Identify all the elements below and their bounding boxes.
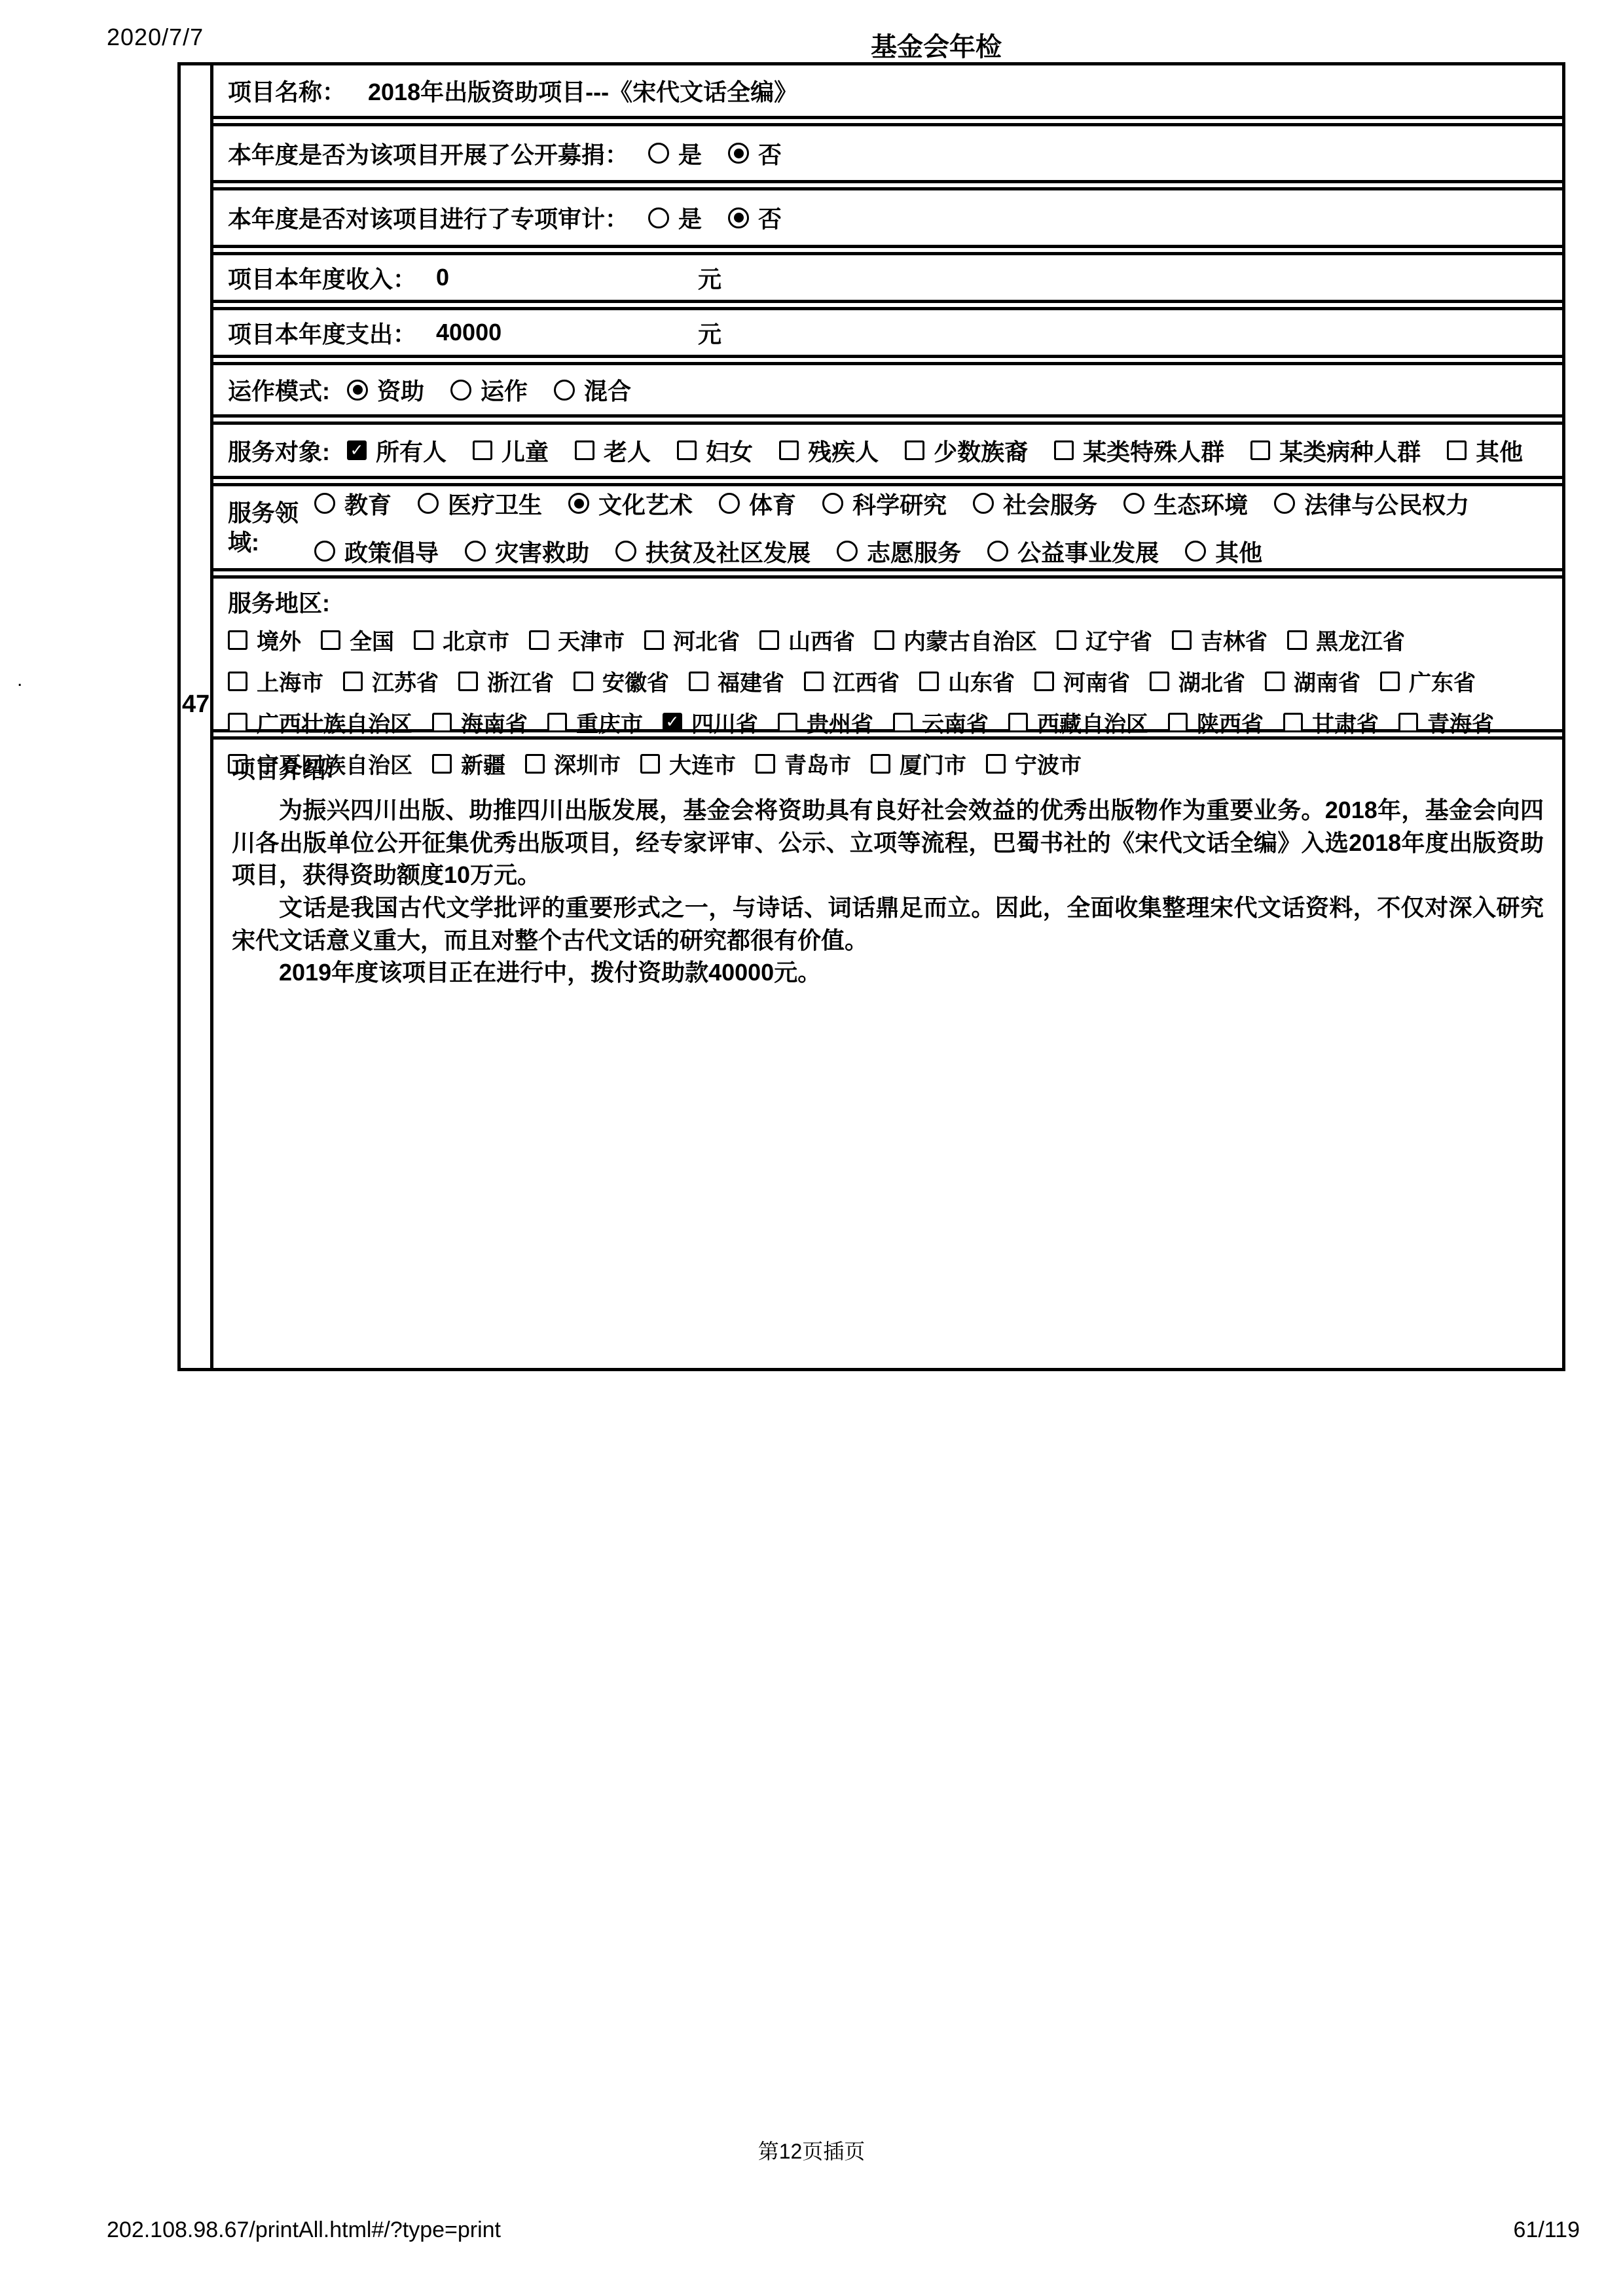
radio-unchecked-icon[interactable] (648, 207, 669, 228)
checkbox-option[interactable]: 儿童 (473, 434, 549, 467)
checkbox-option[interactable]: 北京市 (414, 624, 509, 656)
radio-option[interactable]: 运作 (450, 373, 528, 406)
checkbox-unchecked-icon[interactable] (473, 440, 492, 460)
checkbox-unchecked-icon[interactable] (228, 713, 247, 732)
checkbox-option[interactable]: 妇女 (677, 434, 753, 467)
option-label: 甘肃省 (1312, 706, 1379, 738)
form-rows: 项目名称： 2018年出版资助项目---《宋代文话全编》 本年度是否为该项目开展… (213, 65, 1562, 1368)
option-label: 青海省 (1427, 706, 1494, 738)
service-region-label: 服务地区: (228, 585, 1548, 619)
radio-unchecked-icon[interactable] (615, 541, 636, 562)
checkbox-unchecked-icon[interactable] (1250, 440, 1270, 460)
checkbox-unchecked-icon[interactable] (804, 672, 824, 691)
option-label: 吉林省 (1201, 624, 1267, 656)
service-target-label: 服务对象: (228, 434, 330, 467)
checkbox-option[interactable]: 江苏省 (343, 665, 439, 697)
option-label: 湖北省 (1178, 665, 1245, 697)
intro-paragraph-1: 为振兴四川出版、助推四川出版发展，基金会将资助具有良好社会效益的优秀出版物作为重… (232, 794, 1544, 891)
service-target-row: 服务对象: ✓所有人儿童老人妇女残疾人少数族裔某类特殊人群某类病种人群其他 (213, 422, 1562, 479)
project-name-row: 项目名称： 2018年出版资助项目---《宋代文话全编》 (213, 65, 1562, 119)
checkbox-unchecked-icon[interactable] (893, 713, 913, 732)
checkbox-option[interactable]: 海南省 (432, 706, 528, 738)
option-label: 是 (678, 137, 702, 170)
radio-option[interactable]: 否 (728, 201, 782, 234)
option-label: 河北省 (673, 624, 740, 656)
checkbox-option[interactable]: 青海省 (1398, 706, 1494, 738)
radio-option[interactable]: 是 (648, 201, 702, 234)
radio-option[interactable]: 扶贫及社区发展 (615, 535, 811, 568)
checkbox-option[interactable]: 河南省 (1034, 665, 1130, 697)
radio-option[interactable]: 体育 (719, 487, 796, 520)
option-label: 辽宁省 (1085, 624, 1152, 656)
checkbox-unchecked-icon[interactable] (414, 630, 433, 650)
income-unit: 元 (698, 261, 721, 295)
radio-option[interactable]: 医疗卫生 (418, 487, 542, 520)
checkbox-unchecked-icon[interactable] (575, 440, 594, 460)
option-label: 儿童 (501, 434, 549, 467)
radio-dot (734, 149, 744, 158)
checkbox-unchecked-icon[interactable] (1034, 672, 1054, 691)
project-intro-row: 项目介绍: 为振兴四川出版、助推四川出版发展，基金会将资助具有良好社会效益的优秀… (213, 736, 1562, 1368)
checkbox-option[interactable]: 某类特殊人群 (1054, 434, 1224, 467)
option-label: 河南省 (1063, 665, 1130, 697)
expense-value: 40000 (436, 319, 698, 346)
checkbox-option[interactable]: ✓所有人 (347, 434, 447, 467)
option-label: 残疾人 (808, 434, 879, 467)
row-number: 47 (182, 691, 210, 719)
option-label: 少数族裔 (934, 434, 1028, 467)
service-field-label: 服务领域: (228, 498, 314, 557)
checkbox-option[interactable]: 残疾人 (779, 434, 879, 467)
checkbox-unchecked-icon[interactable] (1287, 630, 1307, 650)
checkbox-unchecked-icon[interactable] (1398, 713, 1418, 732)
project-name-label: 项目名称： (228, 74, 346, 107)
project-form-table: 47 项目名称： 2018年出版资助项目---《宋代文话全编》 本年度是否为该项… (177, 62, 1565, 1371)
option-label: 海南省 (461, 706, 528, 738)
expense-unit: 元 (698, 316, 721, 350)
checkbox-unchecked-icon[interactable] (529, 630, 549, 650)
checkbox-unchecked-icon[interactable] (574, 672, 593, 691)
radio-checked-icon[interactable] (568, 493, 589, 514)
radio-option[interactable]: 公益事业发展 (987, 535, 1159, 568)
checkbox-unchecked-icon[interactable] (1168, 713, 1188, 732)
service-field-row: 服务领域: 教育医疗卫生文化艺术体育科学研究社会服务生态环境法律与公民权力 政策… (213, 483, 1562, 571)
public-fundraising-row: 本年度是否为该项目开展了公开募捐： 是否 (213, 123, 1562, 183)
option-label: 某类病种人群 (1279, 434, 1421, 467)
checkbox-unchecked-icon[interactable] (343, 672, 363, 691)
checkbox-unchecked-icon[interactable] (1172, 630, 1192, 650)
service-region-row: 服务地区: 境外全国北京市天津市河北省山西省内蒙古自治区辽宁省吉林省黑龙江省 上… (213, 575, 1562, 732)
margin-dot-artifact: . (17, 669, 22, 691)
option-label: 医疗卫生 (448, 487, 542, 520)
expense-row: 项目本年度支出： 40000 元 (213, 307, 1562, 358)
checkbox-option[interactable]: 老人 (575, 434, 651, 467)
radio-checked-icon[interactable] (728, 143, 749, 164)
checkbox-option[interactable]: 黑龙江省 (1287, 624, 1405, 656)
radio-unchecked-icon[interactable] (973, 493, 994, 514)
option-label: 福建省 (718, 665, 784, 697)
option-label: 西藏自治区 (1037, 706, 1148, 738)
checkbox-option[interactable]: 内蒙古自治区 (875, 624, 1037, 656)
option-label: 云南省 (922, 706, 989, 738)
checkbox-unchecked-icon[interactable] (547, 713, 567, 732)
radio-unchecked-icon[interactable] (465, 541, 486, 562)
checkbox-checked-icon[interactable]: ✓ (663, 713, 682, 732)
option-label: 某类特殊人群 (1083, 434, 1224, 467)
option-label: 黑龙江省 (1316, 624, 1405, 656)
expense-label: 项目本年度支出： (228, 316, 416, 350)
operation-mode-options: 资助运作混合 (347, 373, 631, 406)
checkbox-option[interactable]: ✓四川省 (663, 706, 758, 738)
option-label: 湖南省 (1294, 665, 1360, 697)
option-label: 浙江省 (487, 665, 554, 697)
option-label: 文化艺术 (598, 487, 693, 520)
checkbox-option[interactable]: 少数族裔 (905, 434, 1028, 467)
option-label: 法律与公民权力 (1304, 487, 1469, 520)
checkbox-option[interactable]: 河北省 (644, 624, 740, 656)
radio-option[interactable]: 生态环境 (1123, 487, 1248, 520)
service-region-line-1: 境外全国北京市天津市河北省山西省内蒙古自治区辽宁省吉林省黑龙江省 (228, 624, 1548, 656)
radio-option[interactable]: 文化艺术 (568, 487, 693, 520)
checkbox-unchecked-icon[interactable] (1447, 440, 1467, 460)
option-label: 志愿服务 (867, 535, 961, 568)
radio-unchecked-icon[interactable] (1185, 541, 1206, 562)
checkbox-option[interactable]: 其他 (1447, 434, 1523, 467)
option-label: 灾害救助 (495, 535, 589, 568)
checkbox-checked-icon[interactable]: ✓ (347, 440, 367, 460)
radio-checked-icon[interactable] (347, 380, 368, 401)
service-region-line-3: 广西壮族自治区海南省重庆市✓四川省贵州省云南省西藏自治区陕西省甘肃省青海省 (228, 706, 1548, 738)
checkbox-unchecked-icon[interactable] (432, 713, 452, 732)
option-label: 内蒙古自治区 (903, 624, 1037, 656)
radio-unchecked-icon[interactable] (418, 493, 439, 514)
checkbox-unchecked-icon[interactable] (875, 630, 894, 650)
project-intro-text: 为振兴四川出版、助推四川出版发展，基金会将资助具有良好社会效益的优秀出版物作为重… (232, 794, 1544, 989)
checkbox-unchecked-icon[interactable] (228, 630, 247, 650)
option-label: 社会服务 (1003, 487, 1097, 520)
option-label: 公益事业发展 (1017, 535, 1159, 568)
checkbox-option[interactable]: 安徽省 (574, 665, 669, 697)
checkbox-option[interactable]: 山西省 (759, 624, 855, 656)
footer-url: 202.108.98.67/printAll.html#/?type=print (107, 2217, 501, 2243)
checkbox-option[interactable]: 境外 (228, 624, 301, 656)
checkbox-unchecked-icon[interactable] (905, 440, 924, 460)
checkbox-unchecked-icon[interactable] (458, 672, 478, 691)
checkbox-option[interactable]: 贵州省 (778, 706, 873, 738)
page-title: 基金会年检 (871, 26, 1002, 63)
checkbox-unchecked-icon[interactable] (759, 630, 779, 650)
option-label: 政策倡导 (344, 535, 439, 568)
radio-dot (734, 213, 744, 223)
special-audit-label: 本年度是否对该项目进行了专项审计： (228, 201, 629, 234)
radio-unchecked-icon[interactable] (837, 541, 858, 562)
checkbox-option[interactable]: 吉林省 (1172, 624, 1267, 656)
option-label: 是 (678, 201, 702, 234)
option-label: 全国 (350, 624, 394, 656)
radio-option[interactable]: 混合 (554, 373, 631, 406)
checkbox-unchecked-icon[interactable] (644, 630, 664, 650)
radio-unchecked-icon[interactable] (648, 143, 669, 164)
radio-option[interactable]: 其他 (1185, 535, 1262, 568)
option-label: 教育 (344, 487, 392, 520)
radio-unchecked-icon[interactable] (987, 541, 1008, 562)
scanned-form-page: 2020/7/7 基金会年检 . 47 项目名称： 2018年出版资助项目---… (0, 0, 1623, 2296)
checkbox-unchecked-icon[interactable] (1008, 713, 1028, 732)
project-intro-label: 项目介绍: (232, 751, 1544, 785)
service-target-options: ✓所有人儿童老人妇女残疾人少数族裔某类特殊人群某类病种人群其他 (347, 434, 1523, 467)
radio-unchecked-icon[interactable] (554, 380, 575, 401)
checkbox-option[interactable]: 福建省 (689, 665, 784, 697)
checkbox-option[interactable]: 重庆市 (547, 706, 643, 738)
option-label: 生态环境 (1154, 487, 1248, 520)
project-name-value: 2018年出版资助项目---《宋代文话全编》 (368, 74, 797, 107)
option-label: 其他 (1476, 434, 1523, 467)
option-label: 上海市 (257, 665, 323, 697)
radio-unchecked-icon[interactable] (314, 541, 335, 562)
income-label: 项目本年度收入： (228, 261, 416, 295)
option-label: 山西省 (788, 624, 855, 656)
footer-page-indicator: 61/119 (1514, 2217, 1580, 2243)
checkbox-option[interactable]: 甘肃省 (1283, 706, 1379, 738)
radio-dot (353, 385, 363, 395)
checkbox-option[interactable]: 江西省 (804, 665, 900, 697)
checkbox-unchecked-icon[interactable] (1380, 672, 1400, 691)
checkbox-option[interactable]: 湖北省 (1150, 665, 1245, 697)
radio-option[interactable]: 政策倡导 (314, 535, 439, 568)
radio-unchecked-icon[interactable] (1123, 493, 1144, 514)
radio-option[interactable]: 否 (728, 137, 782, 170)
option-label: 四川省 (691, 706, 758, 738)
radio-option[interactable]: 志愿服务 (837, 535, 961, 568)
checkbox-unchecked-icon[interactable] (321, 630, 340, 650)
option-label: 重庆市 (576, 706, 643, 738)
checkbox-unchecked-icon[interactable] (919, 672, 939, 691)
checkbox-option[interactable]: 广东省 (1380, 665, 1476, 697)
radio-option[interactable]: 社会服务 (973, 487, 1097, 520)
radio-unchecked-icon[interactable] (314, 493, 335, 514)
checkbox-unchecked-icon[interactable] (1057, 630, 1076, 650)
service-region-line-2: 上海市江苏省浙江省安徽省福建省江西省山东省河南省湖北省湖南省广东省 (228, 665, 1548, 697)
option-label: 境外 (257, 624, 301, 656)
option-label: 广东省 (1409, 665, 1476, 697)
service-field-line-1: 教育医疗卫生文化艺术体育科学研究社会服务生态环境法律与公民权力 (314, 487, 1469, 520)
checkbox-option[interactable]: 辽宁省 (1057, 624, 1152, 656)
checkbox-unchecked-icon[interactable] (778, 713, 797, 732)
checkbox-unchecked-icon[interactable] (1054, 440, 1074, 460)
income-row: 项目本年度收入： 0 元 (213, 252, 1562, 303)
option-label: 江西省 (833, 665, 900, 697)
option-label: 安徽省 (602, 665, 669, 697)
option-label: 广西壮族自治区 (257, 706, 412, 738)
checkbox-unchecked-icon[interactable] (677, 440, 697, 460)
checkbox-option[interactable]: 浙江省 (458, 665, 554, 697)
checkbox-unchecked-icon[interactable] (1283, 713, 1303, 732)
radio-option[interactable]: 资助 (347, 373, 424, 406)
radio-unchecked-icon[interactable] (719, 493, 740, 514)
option-label: 天津市 (558, 624, 625, 656)
checkbox-unchecked-icon[interactable] (779, 440, 799, 460)
option-label: 扶贫及社区发展 (646, 535, 811, 568)
option-label: 体育 (749, 487, 796, 520)
operation-mode-row: 运作模式: 资助运作混合 (213, 362, 1562, 418)
checkbox-option[interactable]: 湖南省 (1265, 665, 1360, 697)
radio-option[interactable]: 教育 (314, 487, 392, 520)
checkbox-option[interactable]: 西藏自治区 (1008, 706, 1148, 738)
public-fundraising-label: 本年度是否为该项目开展了公开募捐： (228, 137, 629, 170)
option-label: 老人 (604, 434, 651, 467)
radio-option[interactable]: 是 (648, 137, 702, 170)
option-label: 江苏省 (372, 665, 439, 697)
radio-dot (574, 499, 584, 509)
option-label: 陕西省 (1197, 706, 1264, 738)
checkbox-option[interactable]: 某类病种人群 (1250, 434, 1421, 467)
option-label: 运作 (481, 373, 528, 406)
checkbox-option[interactable]: 上海市 (228, 665, 323, 697)
intro-paragraph-2: 文话是我国古代文学批评的重要形式之一，与诗话、词话鼎足而立。因此，全面收集整理宋… (232, 891, 1544, 956)
option-label: 其他 (1215, 535, 1262, 568)
checkbox-option[interactable]: 陕西省 (1168, 706, 1264, 738)
print-date: 2020/7/7 (107, 24, 204, 51)
checkbox-option[interactable]: 云南省 (893, 706, 989, 738)
radio-unchecked-icon[interactable] (1274, 493, 1295, 514)
checkbox-unchecked-icon[interactable] (689, 672, 708, 691)
checkbox-unchecked-icon[interactable] (1150, 672, 1169, 691)
option-label: 贵州省 (807, 706, 873, 738)
option-label: 山东省 (948, 665, 1015, 697)
intro-paragraph-3: 2019年度该项目正在进行中，拨付资助款40000元。 (232, 956, 1544, 989)
radio-option[interactable]: 灾害救助 (465, 535, 589, 568)
radio-option[interactable]: 科学研究 (822, 487, 947, 520)
option-label: 否 (758, 201, 782, 234)
service-field-lines: 教育医疗卫生文化艺术体育科学研究社会服务生态环境法律与公民权力 政策倡导灾害救助… (314, 487, 1469, 568)
checkbox-option[interactable]: 天津市 (529, 624, 625, 656)
radio-unchecked-icon[interactable] (450, 380, 471, 401)
radio-option[interactable]: 法律与公民权力 (1274, 487, 1469, 520)
option-label: 资助 (377, 373, 424, 406)
option-label: 妇女 (706, 434, 753, 467)
checkbox-option[interactable]: 全国 (321, 624, 394, 656)
checkbox-option[interactable]: 山东省 (919, 665, 1015, 697)
checkbox-unchecked-icon[interactable] (228, 672, 247, 691)
income-value: 0 (436, 264, 698, 291)
special-audit-row: 本年度是否对该项目进行了专项审计： 是否 (213, 187, 1562, 248)
insert-page-label: 第12页插页 (0, 2135, 1623, 2165)
service-field-line-2: 政策倡导灾害救助扶贫及社区发展志愿服务公益事业发展其他 (314, 535, 1469, 568)
special-audit-options: 是否 (648, 201, 782, 234)
checkbox-option[interactable]: 广西壮族自治区 (228, 706, 412, 738)
option-label: 否 (758, 137, 782, 170)
public-fundraising-options: 是否 (648, 137, 782, 170)
option-label: 科学研究 (852, 487, 947, 520)
radio-unchecked-icon[interactable] (822, 493, 843, 514)
radio-checked-icon[interactable] (728, 207, 749, 228)
checkbox-unchecked-icon[interactable] (1265, 672, 1285, 691)
row-number-column: 47 (181, 65, 213, 1368)
option-label: 北京市 (443, 624, 509, 656)
option-label: 所有人 (376, 434, 447, 467)
option-label: 混合 (584, 373, 631, 406)
operation-mode-label: 运作模式: (228, 373, 330, 406)
